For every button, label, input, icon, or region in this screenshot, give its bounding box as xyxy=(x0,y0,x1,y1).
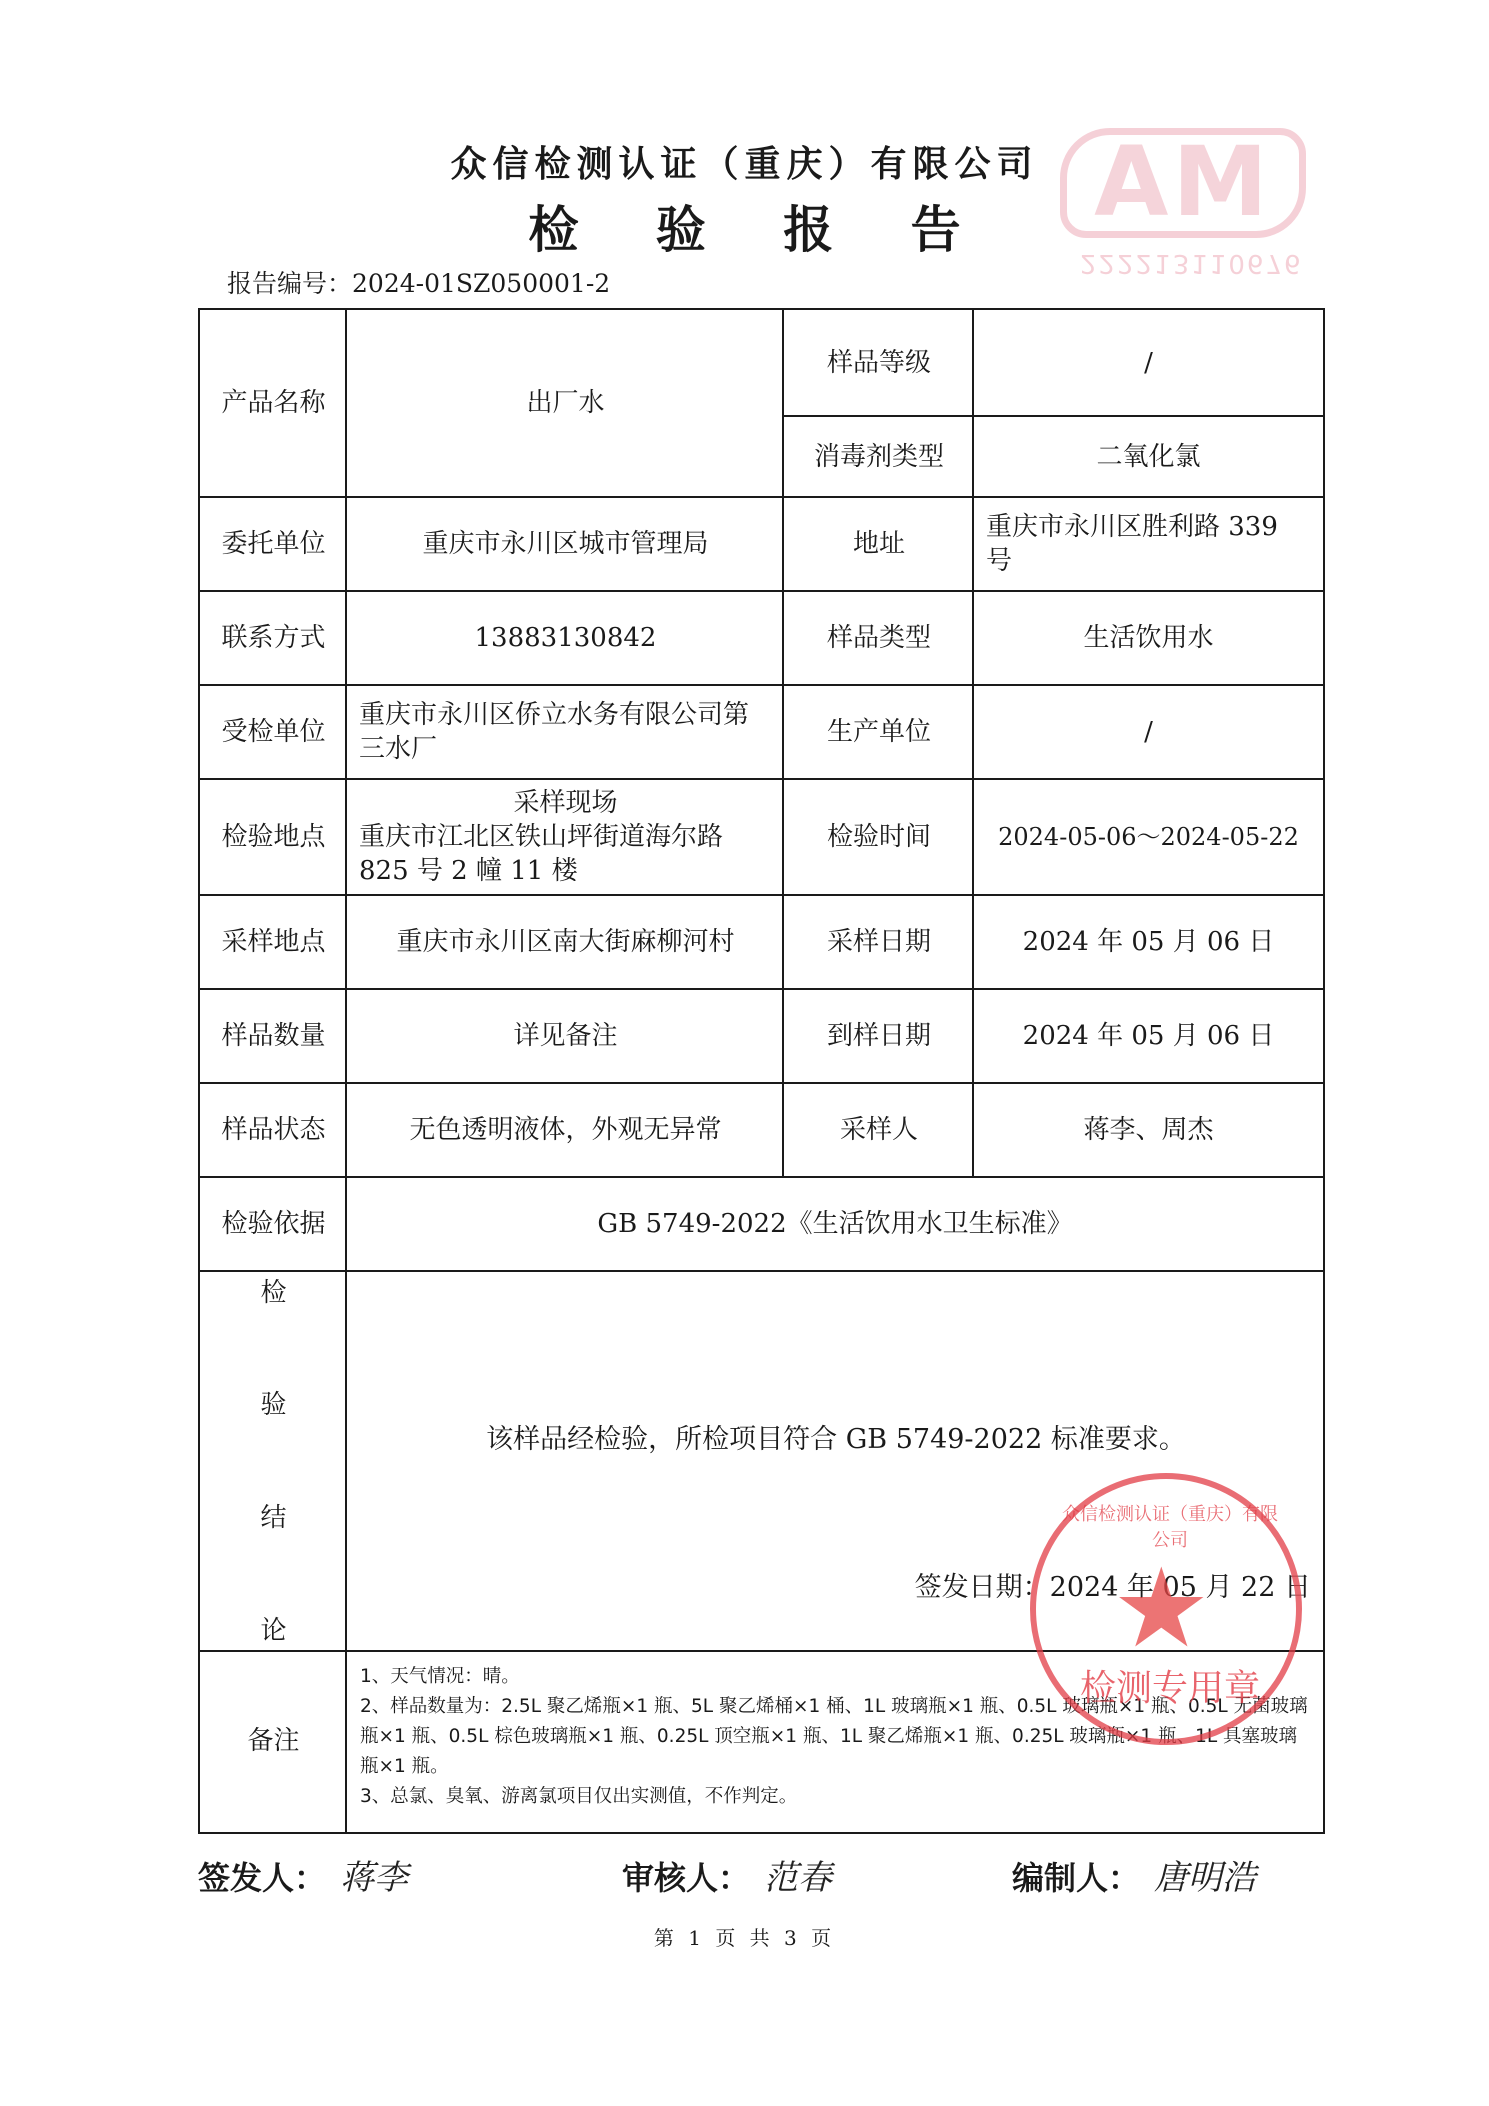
compiler-name: 唐明浩 xyxy=(1154,1858,1256,1898)
reviewer-label: 审核人： xyxy=(622,1859,750,1897)
compiler-label: 编制人： xyxy=(1012,1859,1140,1897)
inspected-unit-value: 重庆市永川区侨立水务有限公司第三水厂 xyxy=(347,686,784,780)
sample-qty-label: 样品数量 xyxy=(200,990,347,1084)
arrival-date-value: 2024 年 05 月 06 日 xyxy=(974,990,1323,1084)
basis-label: 检验依据 xyxy=(200,1178,347,1272)
issuer-label: 签发人： xyxy=(198,1859,326,1897)
star-icon: ★ xyxy=(1112,1553,1211,1663)
sample-type-value: 生活饮用水 xyxy=(974,592,1323,686)
disinfectant-label: 消毒剂类型 xyxy=(784,417,974,498)
producer-value: / xyxy=(974,686,1323,780)
sampler-value: 蒋李、周杰 xyxy=(974,1084,1323,1178)
conclusion-text: 该样品经检验，所检项目符合 GB 5749-2022 标准要求。 xyxy=(347,1417,1325,1456)
test-time-value: 2024-05-06～2024-05-22 xyxy=(974,780,1323,896)
disinfectant-value: 二氧化氯 xyxy=(974,417,1323,498)
conclusion-label-char: 验 xyxy=(200,1384,347,1421)
producer-label: 生产单位 xyxy=(784,686,974,780)
test-location-label: 检验地点 xyxy=(200,780,347,896)
page-number: 第 1 页 共 3 页 xyxy=(0,1922,1489,1951)
reviewer-signature: 审核人：范春 xyxy=(622,1850,832,1899)
conclusion-label-char: 检 xyxy=(200,1272,347,1309)
inspected-unit-label: 受检单位 xyxy=(200,686,347,780)
sampling-site-value: 重庆市永川区南大街麻柳河村 xyxy=(347,896,784,990)
sampling-date-label: 采样日期 xyxy=(784,896,974,990)
sample-grade-value: / xyxy=(974,310,1323,417)
sampling-site-label: 采样地点 xyxy=(200,896,347,990)
basis-value: GB 5749-2022《生活饮用水卫生标准》 xyxy=(347,1178,1323,1272)
client-label: 委托单位 xyxy=(200,498,347,592)
sampling-date-value: 2024 年 05 月 06 日 xyxy=(974,896,1323,990)
sampler-label: 采样人 xyxy=(784,1084,974,1178)
cma-stamp-letters: AM xyxy=(1060,126,1306,238)
official-stamp-center-text: 检测专用章 xyxy=(1070,1660,1270,1711)
address-label: 地址 xyxy=(784,498,974,592)
compiler-signature: 编制人：唐明浩 xyxy=(1012,1850,1256,1899)
sample-grade-label: 样品等级 xyxy=(784,310,974,417)
sample-type-label: 样品类型 xyxy=(784,592,974,686)
address-value: 重庆市永川区胜利路 339 号 xyxy=(974,498,1323,592)
report-number-value: 2024-01SZ050001-2 xyxy=(352,269,610,298)
sample-qty-value: 详见备注 xyxy=(347,990,784,1084)
issuer-signature: 签发人：蒋李 xyxy=(198,1850,408,1899)
sample-state-label: 样品状态 xyxy=(200,1084,347,1178)
contact-label: 联系方式 xyxy=(200,592,347,686)
report-number: 报告编号：2024-01SZ050001-2 xyxy=(227,264,610,300)
conclusion-label-char: 论 xyxy=(200,1610,347,1647)
client-value: 重庆市永川区城市管理局 xyxy=(347,498,784,592)
product-name-value: 出厂水 xyxy=(347,310,784,498)
test-time-label: 检验时间 xyxy=(784,780,974,896)
remark-item: 3、总氯、臭氧、游离氯项目仅出实测值，不作判定。 xyxy=(360,1782,1310,1812)
cma-stamp-number: 222213110676 xyxy=(1080,248,1300,278)
test-location-value: 采样现场 重庆市江北区铁山坪街道海尔路825 号 2 幢 11 楼 xyxy=(347,780,784,896)
test-location-line1: 采样现场 xyxy=(359,787,772,821)
contact-value: 13883130842 xyxy=(347,592,784,686)
issuer-name: 蒋李 xyxy=(340,1858,408,1898)
test-location-line2: 重庆市江北区铁山坪街道海尔路825 号 2 幢 11 楼 xyxy=(359,821,772,889)
reviewer-name: 范春 xyxy=(764,1858,832,1898)
remarks-label: 备注 xyxy=(200,1652,347,1832)
report-number-label: 报告编号： xyxy=(227,269,352,298)
product-name-label: 产品名称 xyxy=(200,310,347,498)
arrival-date-label: 到样日期 xyxy=(784,990,974,1084)
conclusion-label-char: 结 xyxy=(200,1497,347,1534)
sample-state-value: 无色透明液体，外观无异常 xyxy=(347,1084,784,1178)
